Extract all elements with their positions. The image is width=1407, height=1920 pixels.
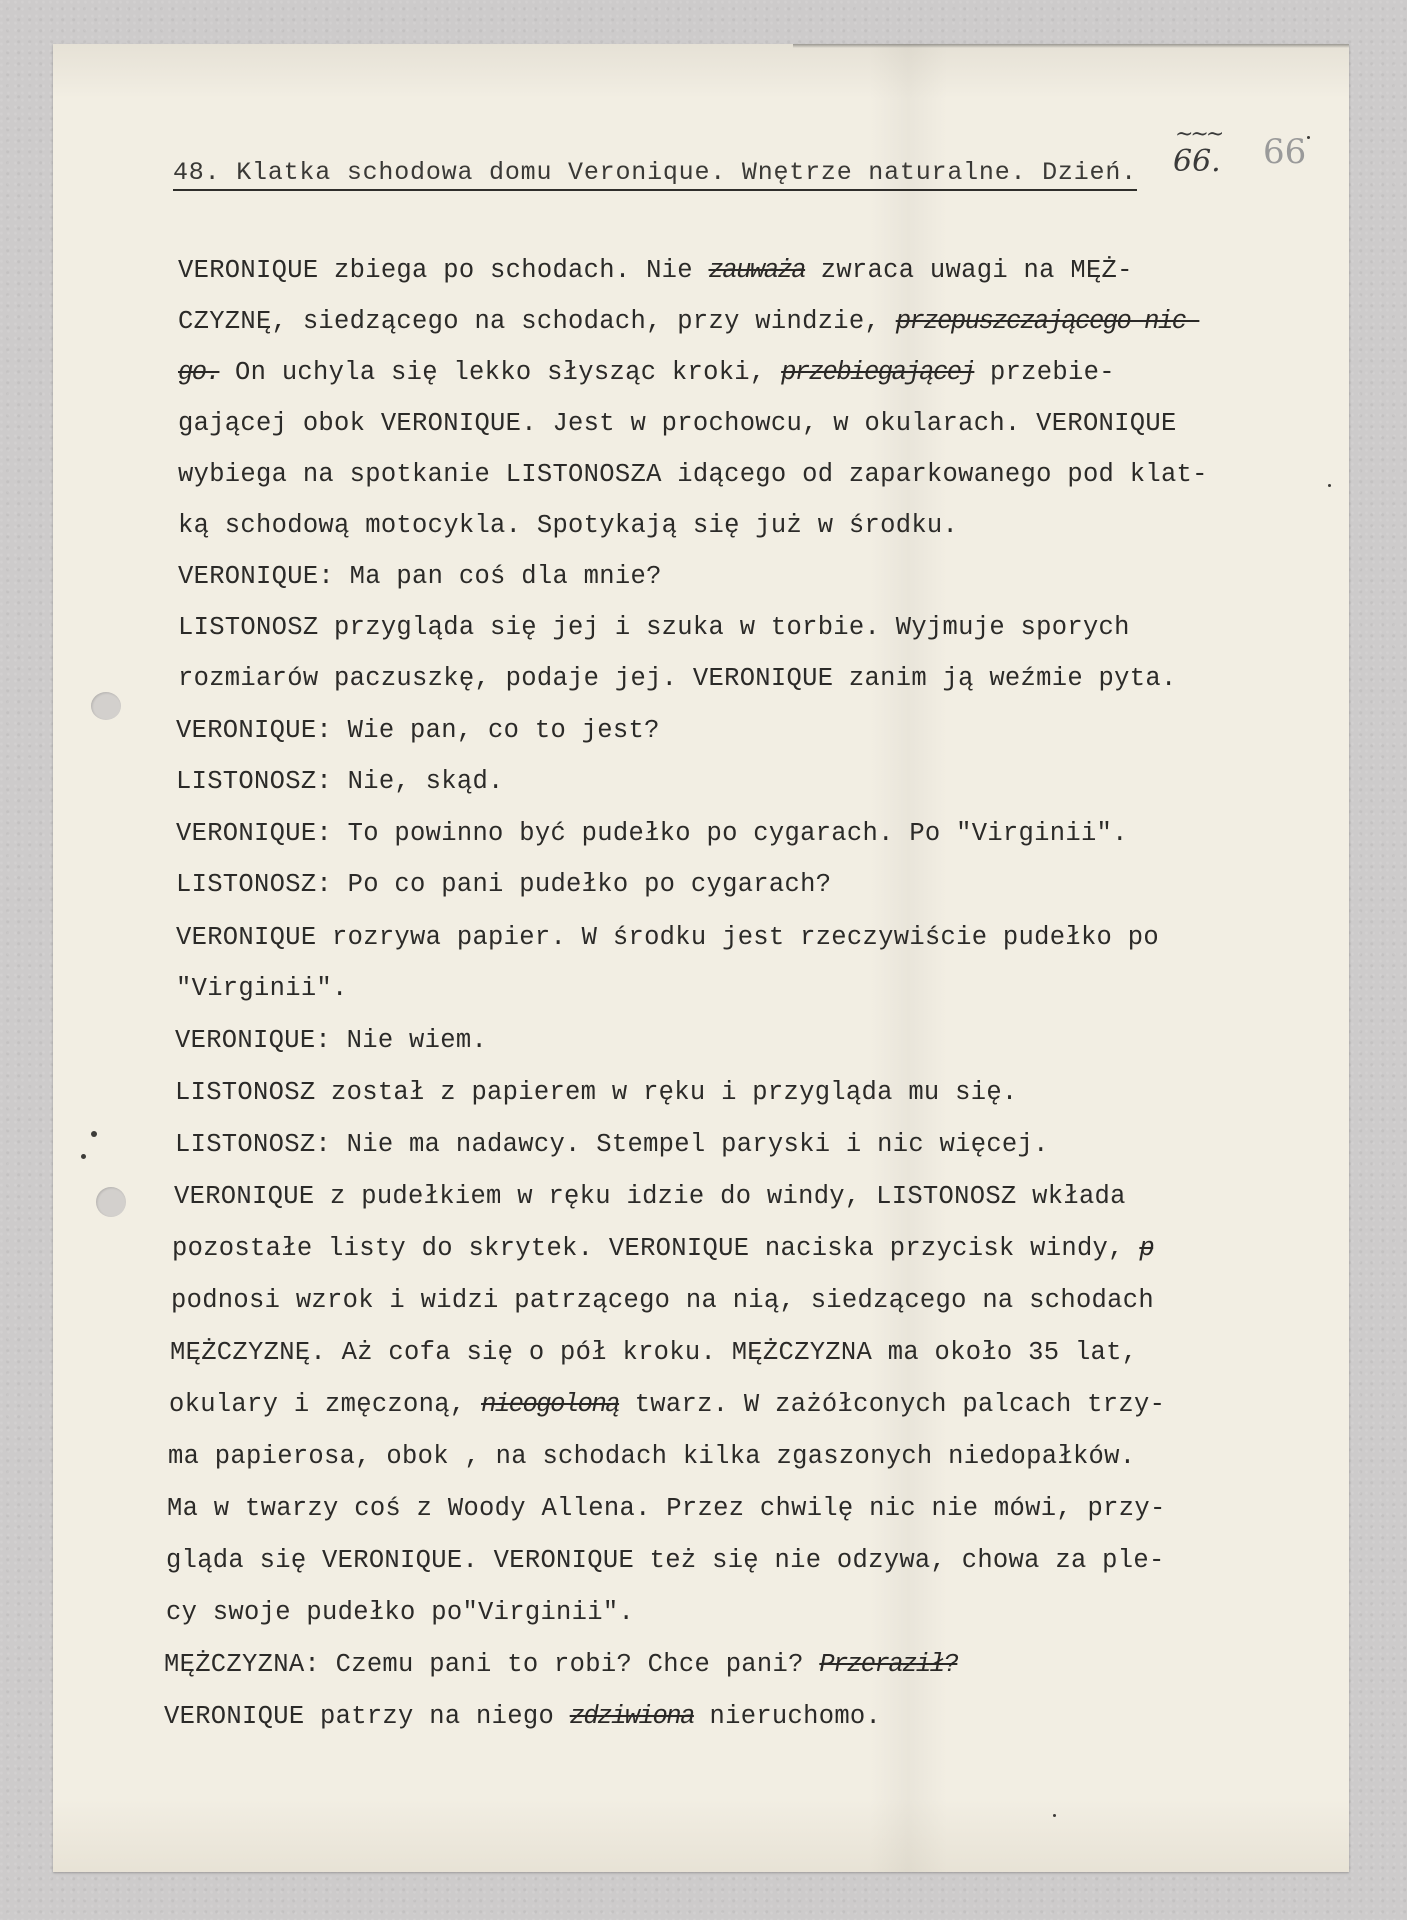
text-line: podnosi wzrok i widzi patrzącego na nią,… <box>171 1286 1154 1316</box>
text-line: VERONIQUE patrzy na niego zdziwiona nier… <box>164 1702 881 1732</box>
text-line: ką schodową motocykla. Spotykają się już… <box>178 511 958 541</box>
dialogue-line: VERONIQUE: Ma pan coś dla mnie? <box>178 562 662 592</box>
text-line: gającej obok VERONIQUE. Jest w prochowcu… <box>178 409 1177 439</box>
text-line: go. On uchyla się lekko słysząc kroki, p… <box>178 358 1115 388</box>
text-line: okulary i zmęczoną, nieogoloną twarz. W … <box>169 1390 1165 1420</box>
text-line: cy swoje pudełko po"Virginii". <box>166 1598 634 1628</box>
dialogue-line: LISTONOSZ: Nie, skąd. <box>176 767 504 797</box>
text-line: VERONIQUE z pudełkiem w ręku idzie do wi… <box>174 1182 1126 1212</box>
text-line: rozmiarów paczuszkę, podaje jej. VERONIQ… <box>178 664 1177 694</box>
page-number-pencil: 66 <box>1263 132 1306 172</box>
text-line: Ma w twarzy coś z Woody Allena. Przez ch… <box>167 1494 1166 1524</box>
text-line: CZYZNĘ, siedzącego na schodach, przy win… <box>178 307 1199 337</box>
ink-speck <box>1307 136 1310 139</box>
ink-speck <box>1053 1814 1056 1817</box>
ink-speck <box>1328 484 1331 487</box>
ink-speck <box>91 1131 97 1137</box>
page-number-typed: ~~~ 66. <box>1173 144 1221 179</box>
paper-edge-shadow <box>793 44 1349 48</box>
dialogue-line: VERONIQUE: Nie wiem. <box>175 1026 487 1056</box>
text-line: "Virginii". <box>176 974 348 1004</box>
text-line: LISTONOSZ przygląda się jej i szuka w to… <box>178 613 1130 643</box>
text-line: VERONIQUE rozrywa papier. W środku jest … <box>176 923 1159 953</box>
text-line: VERONIQUE zbiega po schodach. Nie zauważ… <box>178 256 1133 286</box>
scene-heading: 48. Klatka schodowa domu Veronique. Wnęt… <box>173 158 1137 191</box>
text-line: gląda się VERONIQUE. VERONIQUE też się n… <box>166 1546 1165 1576</box>
dialogue-line: MĘŻCZYZNA: Czemu pani to robi? Chce pani… <box>164 1650 957 1680</box>
dialogue-line: LISTONOSZ: Nie ma nadawcy. Stempel parys… <box>175 1130 1049 1160</box>
text-line: wybiega na spotkanie LISTONOSZA idącego … <box>178 460 1208 490</box>
ink-speck <box>81 1154 86 1159</box>
punch-hole-icon <box>91 692 121 720</box>
dialogue-line: VERONIQUE: To powinno być pudełko po cyg… <box>176 819 1128 849</box>
text-line: pozostałe listy do skrytek. VERONIQUE na… <box>172 1234 1153 1264</box>
typewritten-page: ~~~ 66. 66 48. Klatka schodowa domu Vero… <box>53 44 1349 1872</box>
dialogue-line: LISTONOSZ: Po co pani pudełko po cygarac… <box>176 870 831 900</box>
ink-scribble-icon: ~~~ <box>1175 122 1221 147</box>
text-line: MĘŻCZYZNĘ. Aż cofa się o pół kroku. MĘŻC… <box>170 1338 1137 1368</box>
text-line: LISTONOSZ został z papierem w ręku i prz… <box>175 1078 1018 1108</box>
text-line: ma papierosa, obok , na schodach kilka z… <box>168 1442 1135 1472</box>
dialogue-line: VERONIQUE: Wie pan, co to jest? <box>176 716 660 746</box>
punch-hole-icon <box>96 1187 126 1217</box>
